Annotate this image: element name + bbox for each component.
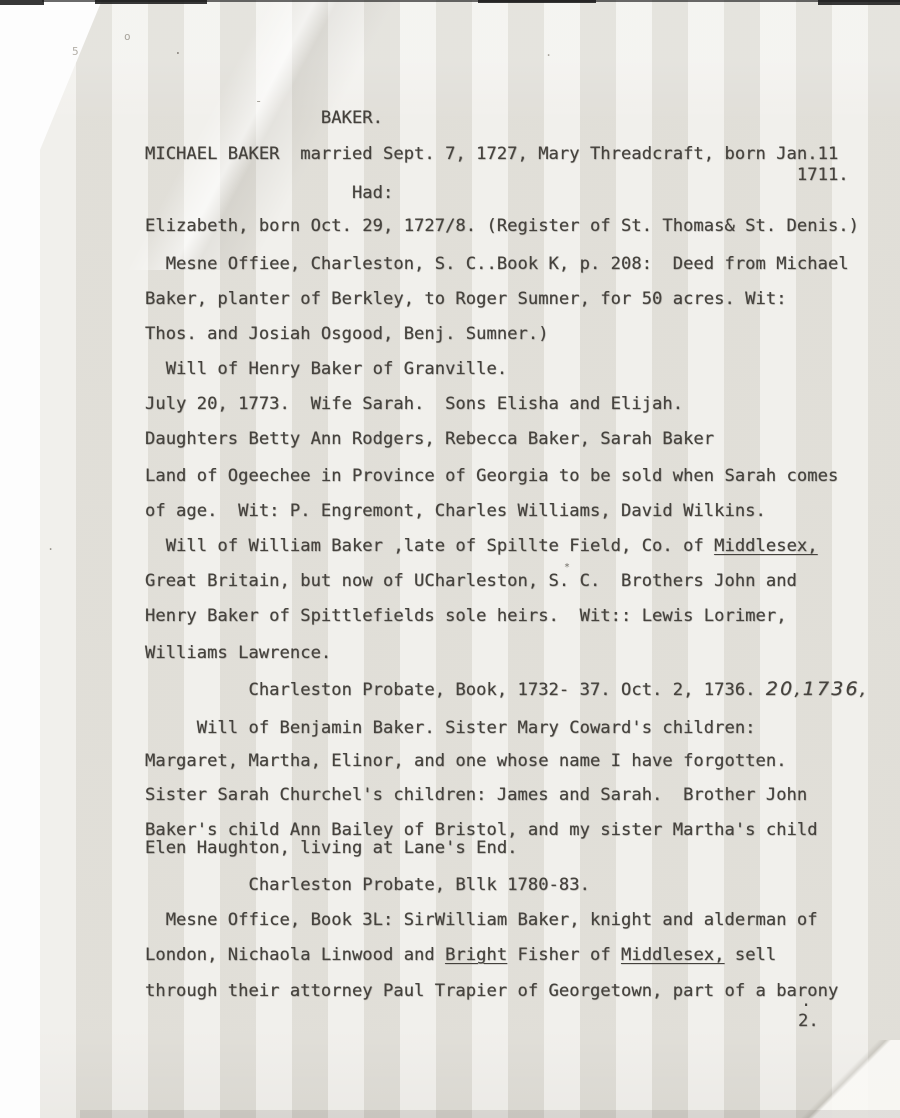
scanned-document: { "colors": { "paper": "#eae8e2", "margi…: [0, 0, 900, 1118]
paper-speck: .: [174, 44, 182, 57]
paper-speck: 5: [72, 46, 79, 57]
paper-speck: *: [564, 563, 570, 573]
paper-speck: .: [801, 993, 811, 1010]
page-number: 2.: [798, 1011, 819, 1031]
paper-speck: -: [255, 95, 262, 107]
paper-speck: .: [545, 46, 552, 58]
paper-speck: o: [124, 31, 131, 42]
paper-speck: .: [47, 540, 54, 552]
paper-specks: o5.-.*..: [0, 0, 900, 1118]
